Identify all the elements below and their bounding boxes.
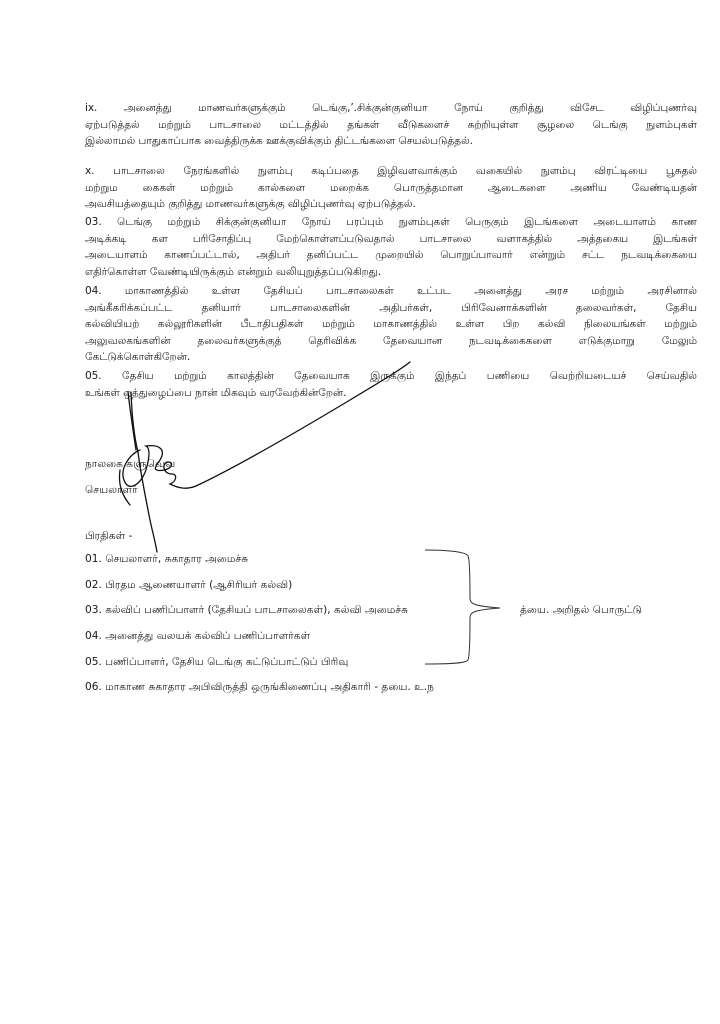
copies-heading: பிரதிகள் - — [85, 530, 132, 543]
paragraph-03: 03. டெங்கு மற்றும் சிக்குன்குனியா நோய் ப… — [85, 214, 697, 280]
paragraph-05: 05. தேசிய மற்றும் காலத்தின் தேவையாக இருக… — [85, 368, 697, 401]
letter-page: ix. அனைத்து மாணவர்களுக்கும் டெங்கு,’.சிக… — [0, 0, 720, 1024]
copy-item: 01. செயலாளர், சுகாதார அமைச்சு — [85, 553, 248, 566]
text-line: கல்வியியற் கல்லூரிகளின் பீடாதிபதிகள் மற்… — [85, 316, 697, 333]
text-line: அலுவலகங்களின் தலைவர்களுக்குத் தெரிவிக்க … — [85, 333, 697, 350]
copy-item: 05. பணிப்பாளர், தேசிய டெங்கு கட்டுப்பாட்… — [85, 656, 348, 669]
copy-item: 06. மாகாண சுகாதார அபிவிருத்தி ஒருங்கிணைப… — [85, 681, 434, 694]
text-line: 04. மாகாணத்தில் உள்ள தேசியப் பாடசாலைகள் … — [85, 283, 697, 300]
paragraph-x: x. பாடசாலை நேரங்களில் நுளம்பு கடிப்பதை இ… — [85, 163, 697, 213]
text-line: அடிக்கடி கள பரிசோதிப்பு மேற்கொள்ளப்படுவத… — [85, 231, 697, 248]
text-line: உங்கள் ஒத்துழைப்பை நான் மிகவும் வரவேற்கி… — [85, 385, 697, 402]
brace-note: த்யை. அறிதல் பொருட்டு — [520, 604, 642, 617]
text-line: 03. டெங்கு மற்றும் சிக்குன்குனியா நோய் ப… — [85, 214, 697, 231]
text-line: இல்லாமல் பாதுகாப்பாக வைத்திருக்க ஊக்குவி… — [85, 133, 697, 150]
text-line: அங்கீகரிக்கப்பட்ட தனியார் பாடசாலைகளின் அ… — [85, 300, 697, 317]
text-line: ix. அனைத்து மாணவர்களுக்கும் டெங்கு,’.சிக… — [85, 100, 697, 117]
copy-item: 04. அனைத்து வலயக் கல்விப் பணிப்பாளர்கள் — [85, 630, 310, 643]
signatory-name: நாலகை களுவெவ — [85, 458, 175, 471]
paragraph-ix: ix. அனைத்து மாணவர்களுக்கும் டெங்கு,’.சிக… — [85, 100, 697, 150]
text-line: கேட்டுக்கொள்கிறேன். — [85, 349, 697, 366]
copy-item: 02. பிரதம ஆணையாளர் (ஆசிரியர் கல்வி) — [85, 579, 292, 592]
signature-and-brace-overlay — [0, 0, 720, 1024]
curly-brace-icon — [425, 550, 500, 664]
text-line: ஏற்படுத்தல் மற்றும் பாடசாலை மட்டத்தில் த… — [85, 117, 697, 134]
text-line: எதிர்கொள்ள வேண்டியிருக்கும் என்றும் வலிய… — [85, 264, 697, 281]
text-line: அடையாளம் காணப்பட்டால், அதிபர் தனிப்பட்ட … — [85, 247, 697, 264]
text-line: மற்றும கைகள் மற்றும் கால்களை மறைக்க பொரு… — [85, 180, 697, 197]
text-line: x. பாடசாலை நேரங்களில் நுளம்பு கடிப்பதை இ… — [85, 163, 697, 180]
copy-item: 03. கல்விப் பணிப்பாளர் (தேசியப் பாடசாலைக… — [85, 604, 408, 617]
paragraph-04: 04. மாகாணத்தில் உள்ள தேசியப் பாடசாலைகள் … — [85, 283, 697, 366]
text-line: அவசியத்தையும் குறித்து மாணவர்களுக்கு விழ… — [85, 196, 697, 213]
text-line: 05. தேசிய மற்றும் காலத்தின் தேவையாக இருக… — [85, 368, 697, 385]
signatory-title: செயலாளர் — [85, 484, 138, 497]
